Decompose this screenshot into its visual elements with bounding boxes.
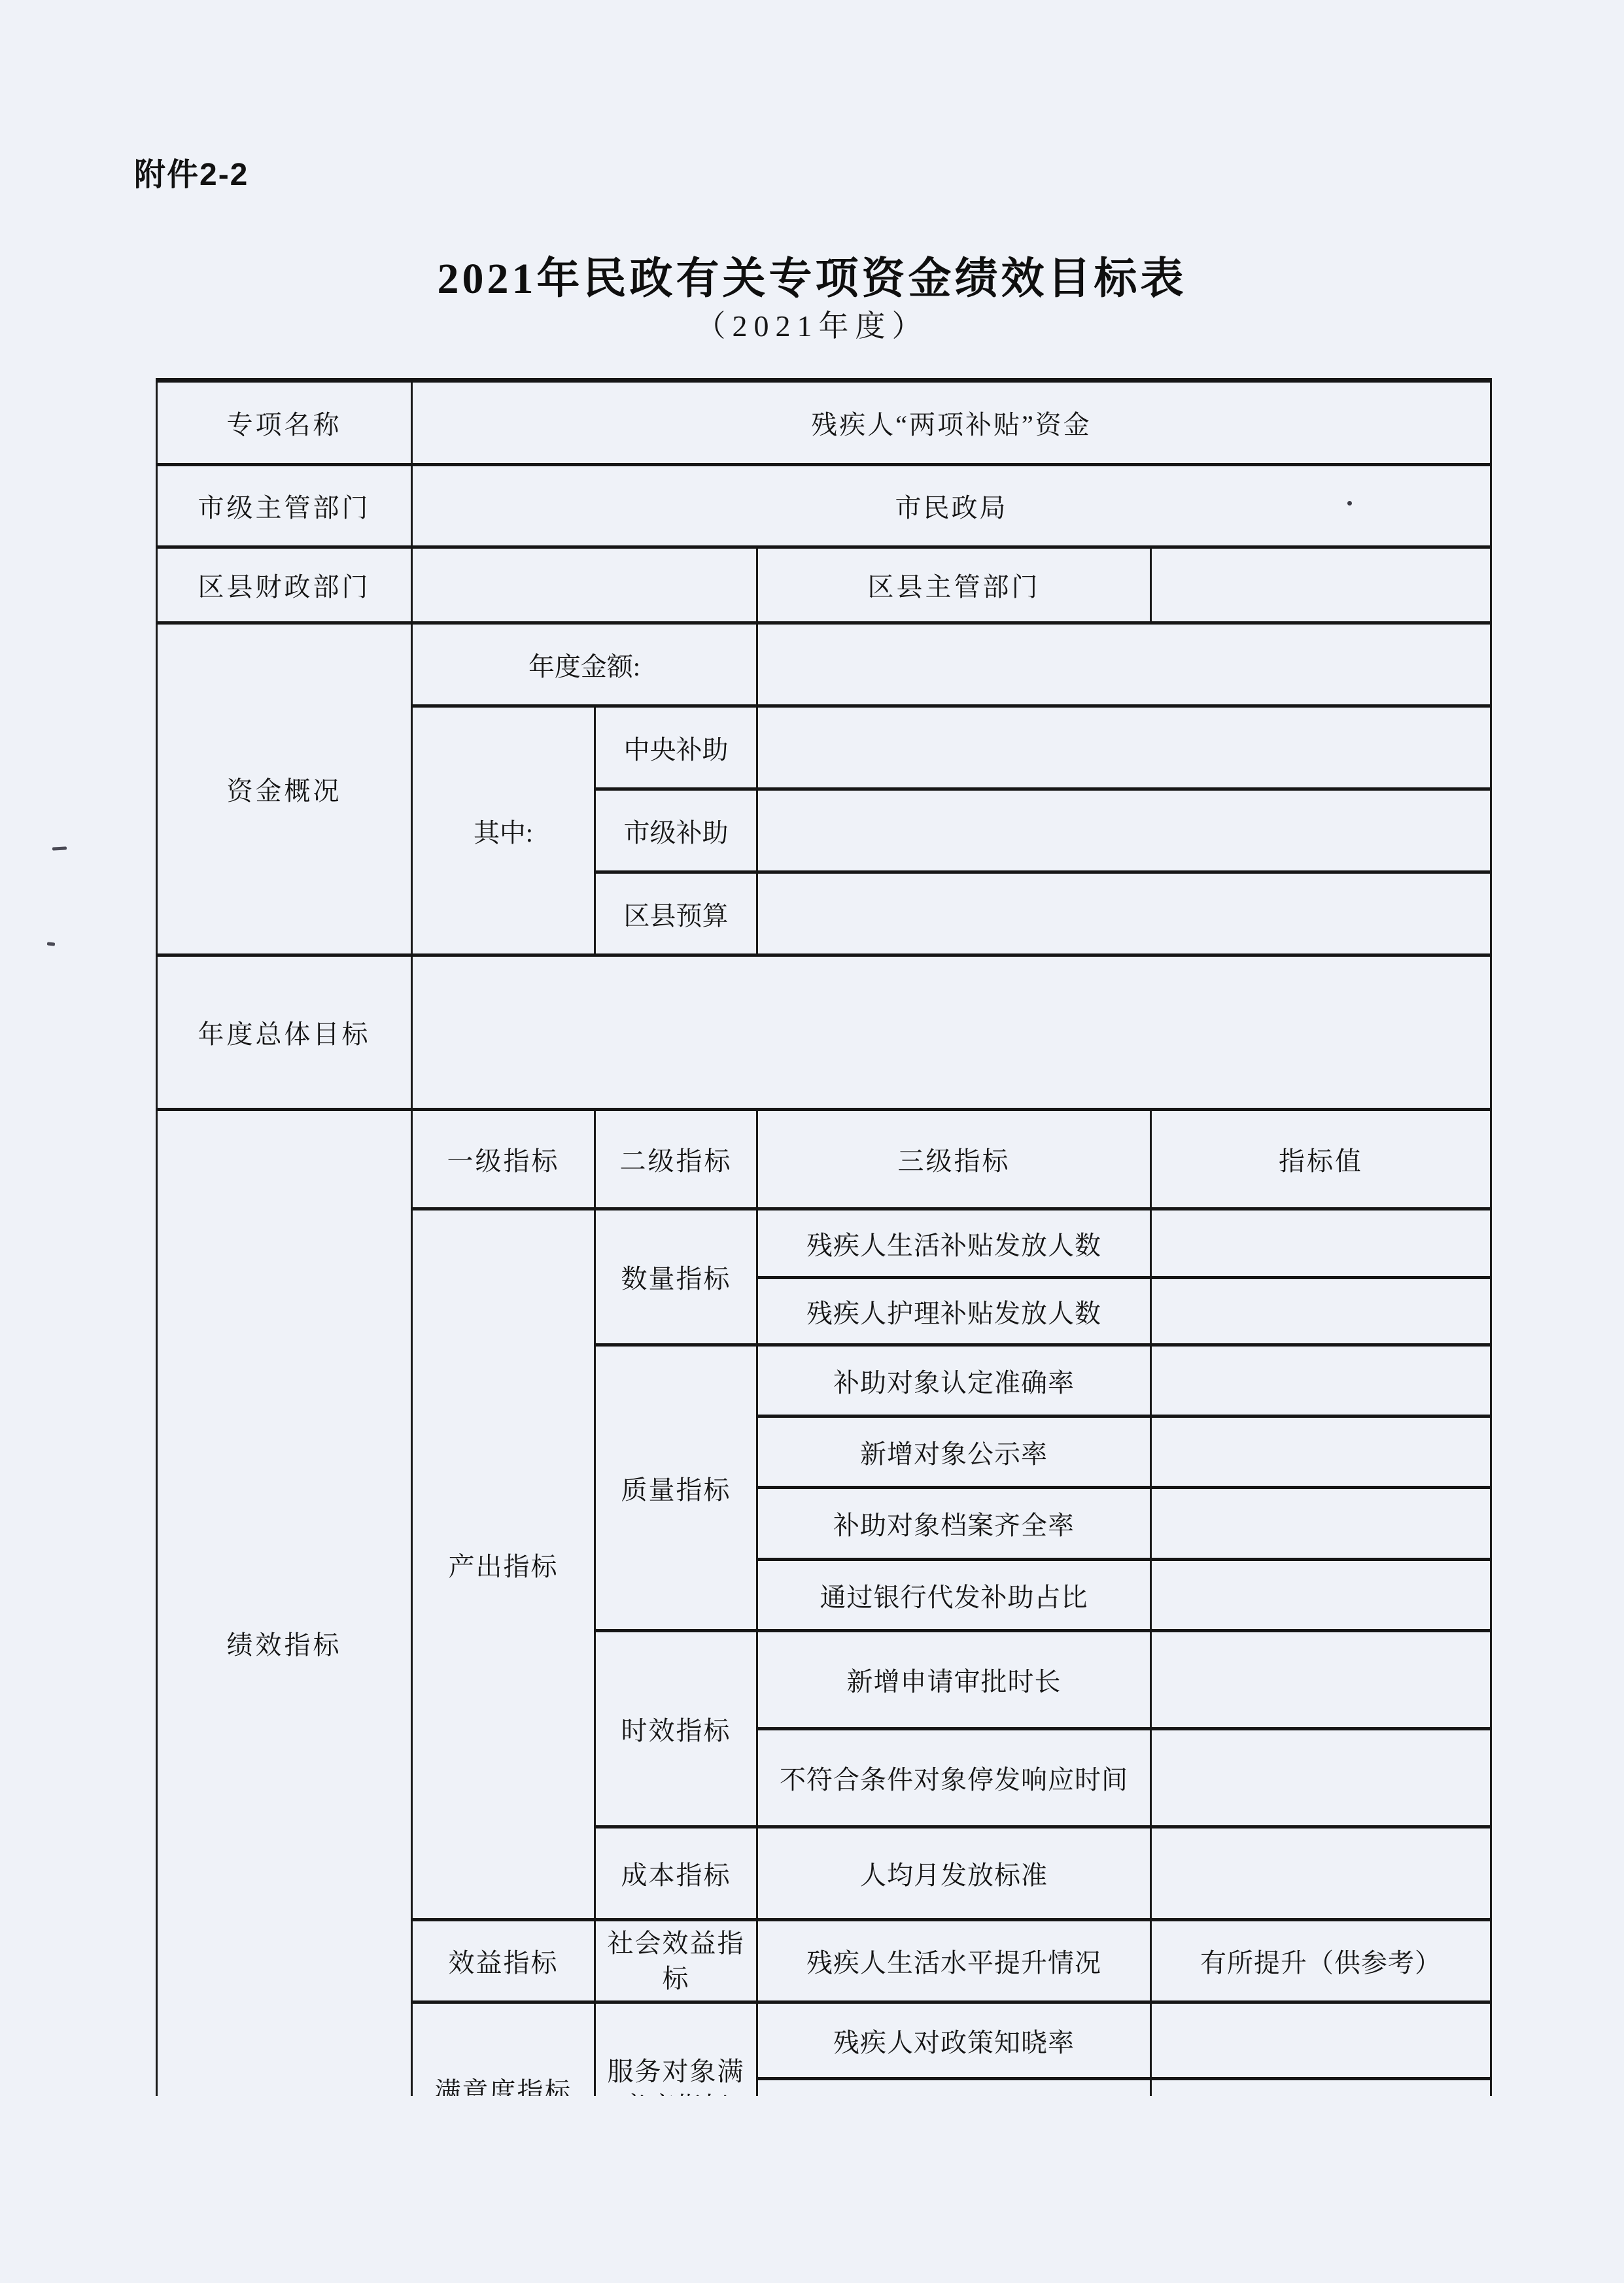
social-benefit-indicator-label: 社会效益指标	[595, 1920, 757, 2002]
indicator-name: 残疾人对政策知晓率	[757, 2002, 1151, 2079]
among-label: 其中:	[412, 706, 595, 955]
row-indicator-header: 绩效指标 一级指标 二级指标 三级指标 指标值	[157, 1110, 1491, 1209]
quality-indicator-label: 质量指标	[595, 1345, 757, 1631]
district-authority-label: 区县主管部门	[757, 547, 1151, 623]
district-budget-value-cell	[757, 872, 1491, 955]
indicator-value-cell	[1151, 1631, 1491, 1729]
indicator-value-cell	[1151, 1416, 1491, 1488]
form-table-region: 专项名称 残疾人“两项补贴”资金 市级主管部门 市民政局 区县财政部门 区县主管…	[156, 378, 1496, 2096]
indicator-value-cell	[1151, 1209, 1491, 1278]
scan-artifact-dot	[1347, 501, 1352, 506]
city-subsidy-value-cell	[757, 789, 1491, 872]
indicator-value-cell	[1151, 2002, 1491, 2079]
indicator-value-cell	[1151, 1345, 1491, 1416]
attachment-label: 附件2-2	[134, 149, 249, 194]
cost-indicator-label: 成本指标	[595, 1827, 757, 1920]
benefit-indicator-label: 效益指标	[412, 1920, 595, 2002]
row-annual-goal: 年度总体目标	[157, 955, 1491, 1110]
indicator-name: 不符合条件对象停发响应时间	[757, 1729, 1151, 1827]
quantity-indicator-label: 数量指标	[595, 1209, 757, 1345]
indicator-name: 残疾人生活水平提升情况	[757, 1920, 1151, 2002]
header-value: 指标值	[1151, 1110, 1491, 1209]
fund-overview-label: 资金概况	[157, 623, 412, 955]
performance-target-table: 专项名称 残疾人“两项补贴”资金 市级主管部门 市民政局 区县财政部门 区县主管…	[156, 378, 1492, 2096]
indicator-name: 补助对象档案齐全率	[757, 1488, 1151, 1560]
indicator-value-clipped-cell	[1151, 2079, 1491, 2097]
indicator-name: 人均月发放标准	[757, 1827, 1151, 1920]
annual-goal-label: 年度总体目标	[157, 955, 412, 1110]
indicator-name: 残疾人生活补贴发放人数	[757, 1209, 1151, 1278]
special-name-value: 残疾人“两项补贴”资金	[412, 381, 1491, 465]
document-subtitle: （2021年度）	[0, 302, 1624, 345]
indicator-name: 新增申请审批时长	[757, 1631, 1151, 1729]
indicator-name: 新增对象公示率	[757, 1416, 1151, 1488]
district-budget-label: 区县预算	[595, 872, 757, 955]
performance-label: 绩效指标	[157, 1110, 412, 2097]
output-indicator-label: 产出指标	[412, 1209, 595, 1920]
indicator-value-cell	[1151, 1278, 1491, 1345]
city-subsidy-label: 市级补助	[595, 789, 757, 872]
indicator-name-clipped-cell	[757, 2079, 1151, 2097]
header-level1: 一级指标	[412, 1110, 595, 1209]
service-target-satisfaction-label: 服务对象满意度指标	[595, 2002, 757, 2097]
city-dept-value: 市民政局	[412, 465, 1491, 547]
row-special-name: 专项名称 残疾人“两项补贴”资金	[157, 381, 1491, 465]
indicator-value-cell	[1151, 1488, 1491, 1560]
indicator-name: 通过银行代发补助占比	[757, 1560, 1151, 1631]
district-finance-label: 区县财政部门	[157, 547, 412, 623]
annual-goal-value-cell	[412, 955, 1491, 1110]
indicator-name: 残疾人护理补贴发放人数	[757, 1278, 1151, 1345]
row-city-dept: 市级主管部门 市民政局	[157, 465, 1491, 547]
scan-artifact-dash	[47, 942, 55, 946]
central-subsidy-label: 中央补助	[595, 706, 757, 789]
row-district-depts: 区县财政部门 区县主管部门	[157, 547, 1491, 623]
indicator-value-cell	[1151, 1729, 1491, 1827]
timeliness-indicator-label: 时效指标	[595, 1631, 757, 1827]
special-name-label: 专项名称	[157, 381, 412, 465]
annual-amount-label: 年度金额:	[412, 623, 757, 706]
header-level2: 二级指标	[595, 1110, 757, 1209]
header-level3: 三级指标	[757, 1110, 1151, 1209]
scanned-document-page: 附件2-2 2021年民政有关专项资金绩效目标表 （2021年度） 专项名称 残…	[0, 0, 1624, 2283]
document-title: 2021年民政有关专项资金绩效目标表	[0, 243, 1624, 305]
district-finance-value-cell	[412, 547, 757, 623]
indicator-value-cell	[1151, 1560, 1491, 1631]
annual-amount-value-cell	[757, 623, 1491, 706]
row-annual-amount: 资金概况 年度金额:	[157, 623, 1491, 706]
central-subsidy-value-cell	[757, 706, 1491, 789]
satisfaction-indicator-label: 满意度指标	[412, 2002, 595, 2097]
indicator-name: 补助对象认定准确率	[757, 1345, 1151, 1416]
indicator-value-cell	[1151, 1827, 1491, 1920]
scan-artifact-dash	[52, 846, 67, 850]
indicator-value: 有所提升（供参考）	[1151, 1920, 1491, 2002]
city-dept-label: 市级主管部门	[157, 465, 412, 547]
district-authority-value-cell	[1151, 547, 1491, 623]
